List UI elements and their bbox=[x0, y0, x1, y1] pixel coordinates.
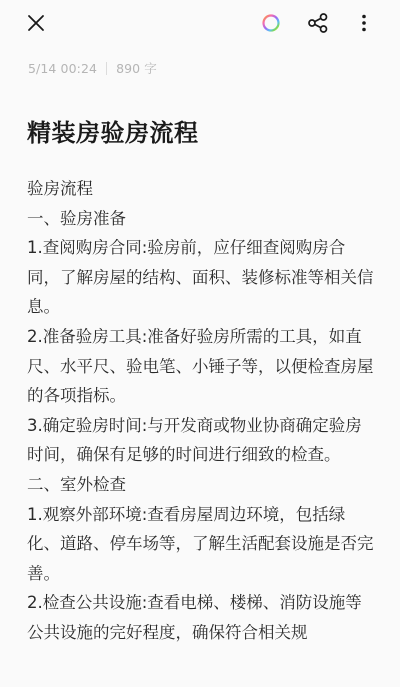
theme-color-button[interactable] bbox=[255, 7, 287, 39]
close-button[interactable] bbox=[20, 7, 52, 39]
paragraph: 1.查阅购房合同:验房前，应仔细查阅购房合同，了解房屋的结构、面积、装修标准等相… bbox=[27, 233, 377, 322]
close-icon bbox=[26, 13, 46, 33]
meta-divider bbox=[106, 62, 107, 75]
paragraph: 3.确定验房时间:与开发商或物业协商确定验房时间，确保有足够的时间进行细致的检查… bbox=[27, 411, 377, 470]
note-body[interactable]: 验房流程 一、验房准备 1.查阅购房合同:验房前，应仔细查阅购房合同，了解房屋的… bbox=[27, 174, 377, 648]
more-vertical-icon bbox=[354, 13, 374, 33]
more-options-button[interactable] bbox=[348, 7, 380, 39]
top-toolbar bbox=[0, 0, 400, 46]
share-button[interactable] bbox=[302, 7, 334, 39]
paragraph: 验房流程 bbox=[27, 174, 377, 204]
word-count: 890 字 bbox=[116, 59, 157, 77]
paragraph: 2.检查公共设施:查看电梯、楼梯、消防设施等公共设施的完好程度，确保符合相关规 bbox=[27, 588, 377, 647]
paragraph: 二、室外检查 bbox=[27, 470, 377, 500]
color-ring-icon bbox=[261, 13, 281, 33]
note-date: 5/14 00:24 bbox=[28, 61, 97, 76]
note-meta: 5/14 00:24 890 字 bbox=[28, 59, 157, 77]
paragraph: 一、验房准备 bbox=[27, 204, 377, 234]
paragraph: 2.准备验房工具:准备好验房所需的工具，如直尺、水平尺、验电笔、小锤子等，以便检… bbox=[27, 322, 377, 411]
note-title[interactable]: 精装房验房流程 bbox=[27, 113, 199, 148]
share-icon bbox=[307, 12, 329, 34]
paragraph: 1.观察外部环境:查看房屋周边环境，包括绿化、道路、停车场等，了解生活配套设施是… bbox=[27, 500, 377, 589]
